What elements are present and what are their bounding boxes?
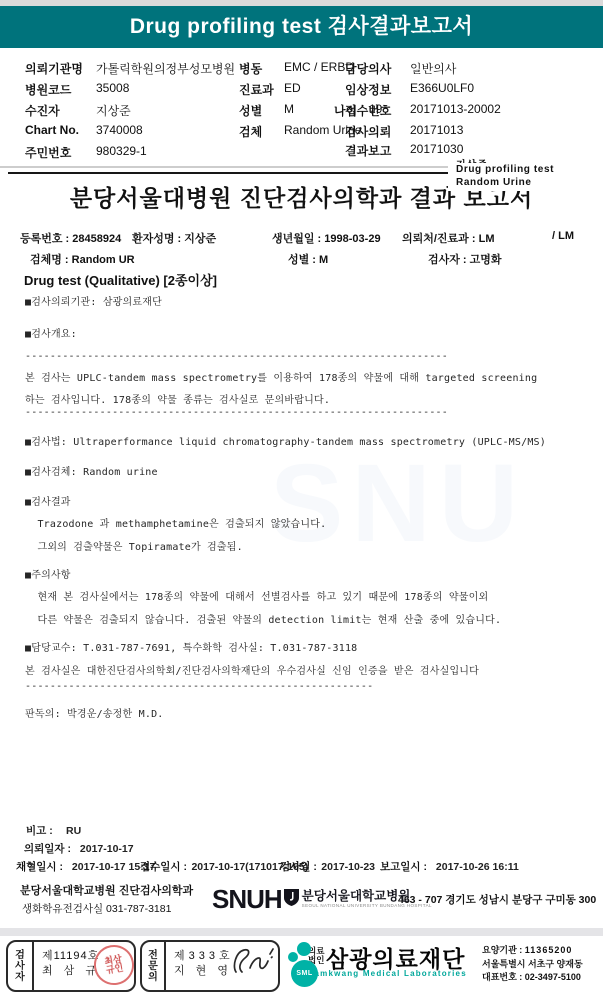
corner-patient-name: 지상준 — [456, 156, 603, 163]
tester-label: 검사자 : — [428, 254, 467, 266]
body-line: ■검사검체: Random urine — [25, 468, 585, 478]
report-body: ■검사의뢰기관: 삼광의료재단 ■검사개요: -----------------… — [25, 298, 585, 732]
specname-label: 검체명 : — [30, 254, 69, 266]
body-line: 그외의 검출약물은 Topiramate가 검출됨. — [25, 543, 585, 553]
drug-profiling-report-page: { "colors": { "header_teal": "#00737c", … — [0, 0, 603, 1000]
dashed-rule: ----------------------------------------… — [25, 352, 585, 362]
body-line: 본 검사실은 대한진단검사의학회/진단검사의학재단의 우수검사실 신임 인증을 … — [25, 667, 585, 677]
field-result-label: 결과보고 — [345, 144, 391, 158]
testdate-value: 2017-10-23 — [321, 861, 375, 873]
order-date-value: 2017-10-17 — [80, 843, 134, 855]
sml-logo-circle — [288, 952, 298, 962]
field-order-label: 검사의뢰 — [345, 125, 391, 139]
reg-label: 등록번호 : — [20, 233, 69, 245]
specname-value: Random UR — [72, 254, 135, 266]
field-ssn-value: 980329-1 — [96, 144, 147, 158]
body-line: 판독의: 박경운/송정한 M.D. — [25, 710, 585, 720]
psex-value: M — [319, 254, 328, 266]
sml-logo-circle: SML — [291, 960, 318, 987]
org-tel-label: 대표번호 : — [482, 972, 522, 982]
org-name-english: Samkwang Medical Laboratories — [308, 969, 467, 978]
reportdate-label: 보고일시 : — [380, 861, 427, 873]
field-ward-value: EMC / ERBD — [284, 60, 354, 74]
field-patient-value: 지상준 — [96, 104, 131, 118]
ref-value2: / LM — [552, 230, 574, 242]
org-tel-value: 02-3497-5100 — [525, 972, 581, 982]
field-dept-label: 진료과 — [239, 83, 274, 97]
field-org-label: 의뢰기관명 — [25, 62, 83, 76]
receive-label: 접수일시 : — [140, 861, 187, 873]
field-result-value: 20171030 — [410, 142, 463, 156]
tester-value: 고명화 — [470, 254, 502, 266]
specialist-cert-content: 제333호 지 현 영 — [166, 942, 278, 990]
field-ward-label: 병동 — [239, 62, 262, 76]
body-line: ■검사개요: — [25, 330, 585, 340]
field-sex-value: M — [284, 102, 294, 116]
examiner-role-cell: 검사자 — [8, 942, 34, 990]
field-chart-value: 3740008 — [96, 123, 143, 137]
snuh-hospital-name: 분당서울대학교병원 — [302, 889, 432, 903]
examiner-role: 검사자 — [15, 950, 26, 983]
field-ssn-label: 주민번호 — [25, 146, 71, 160]
sml-logo-text: SML — [296, 970, 312, 977]
ref-label: 의뢰처/진료과 : — [402, 233, 476, 245]
body-line: 현재 본 검사실에서는 178종의 약물에 대해서 선별검사를 하고 있기 때문… — [25, 593, 585, 603]
field-patient-label: 수진자 — [25, 104, 60, 118]
field-org: 의뢰기관명 — [25, 60, 83, 77]
body-line: Trazodone 과 methamphetamine은 검출되지 않았습니다. — [25, 520, 585, 530]
footer-divider-band — [0, 928, 603, 936]
care-org-value: 11365200 — [525, 945, 573, 955]
pname-label: 환자성명 : — [132, 233, 181, 245]
body-line: 하는 검사입니다. 178종의 약물 종류는 검사실로 문의바랍니다. — [25, 396, 585, 406]
body-line: ■주의사항 — [25, 571, 585, 581]
dashed-rule: ----------------------------------------… — [25, 682, 585, 692]
body-line: ■검사의뢰기관: 삼광의료재단 — [25, 298, 585, 308]
page-title: Drug profiling test 검사결과보고서 — [0, 6, 603, 48]
field-sex-label: 성별 — [239, 104, 262, 118]
snuh-logo-text: SNUH — [212, 886, 282, 912]
org-contact-block: 요양기관 : 11365200 서울특별시 서초구 양재동 대표번호 : 02-… — [482, 944, 583, 985]
note-value: RU — [66, 825, 81, 837]
corner-specimen: Random Urine — [456, 176, 603, 189]
field-chart-label: Chart No. — [25, 123, 79, 137]
footer-dept-line1: 분당서울대학교병원 진단검사의학과 — [20, 882, 193, 898]
specialist-role-cell: 전문의 — [142, 942, 166, 990]
reg-value: 28458924 — [72, 233, 121, 245]
body-line: ■검사법: Ultraperformance liquid chromatogr… — [25, 438, 585, 448]
snuh-logo: SNUH 분당서울대학교병원 SEOUL NATIONAL UNIVERSITY… — [212, 886, 432, 912]
field-recv-value: 20171013-20002 — [410, 102, 501, 116]
footer-dept-line2: 생화학유전검사실 031-787-3181 — [22, 901, 171, 916]
field-doctor-label: 담당의사 — [345, 62, 391, 76]
field-recv-label: 접수번호 — [345, 104, 391, 118]
order-date-label: 의뢰일자 : — [24, 843, 71, 855]
collect-label: 채혈일시 : — [16, 861, 63, 873]
ref-value: LM — [479, 233, 495, 245]
birth-value: 1998-03-29 — [324, 233, 380, 245]
examiner-cert-content: 제11194호 최 삼 규 최삼규인 — [34, 942, 134, 990]
field-org-value: 가톨릭학원의정부성모병원 — [96, 60, 235, 77]
psex-label: 성별 : — [288, 254, 316, 266]
specialist-cert-box: 전문의 제333호 지 현 영 — [140, 940, 280, 992]
field-doctor-value: 일반의사 — [410, 62, 456, 76]
field-hosp-value: 35008 — [96, 81, 129, 95]
snuh-hospital-caption: SEOUL NATIONAL UNIVERSITY BUNDANG HOSPIT… — [302, 903, 432, 908]
specialist-signature-icon — [230, 946, 276, 985]
sml-logo-circle — [297, 942, 311, 956]
examiner-cert-box: 검사자 제11194호 최 삼 규 최삼규인 — [6, 940, 136, 992]
snuh-shield-icon — [284, 888, 299, 911]
pname-value: 지상준 — [184, 233, 216, 245]
test-section-title: Drug test (Qualitative) [2종이상] — [24, 270, 217, 289]
birth-label: 생년월일 : — [272, 233, 321, 245]
field-hosp-label: 병원코드 — [25, 83, 71, 97]
testdate-label: 검사일 : — [280, 861, 317, 873]
field-clin-label: 임상정보 — [345, 83, 391, 97]
reportdate-value: 2017-10-26 16:11 — [436, 861, 519, 873]
care-org-label: 요양기관 : — [482, 945, 522, 955]
sml-logo: SML — [288, 942, 318, 997]
dashed-rule: ----------------------------------------… — [25, 408, 585, 418]
corner-label: 지상준 Drug profiling test Random Urine — [448, 156, 603, 191]
corner-test-name: Drug profiling test — [456, 163, 603, 176]
field-clin-value: E366U0LF0 — [410, 81, 474, 95]
field-spec-label: 검체 — [239, 125, 262, 139]
field-order-value: 20171013 — [410, 123, 463, 137]
body-line: 다른 약물은 검출되지 않습니다. 검출된 약물의 detection limi… — [25, 616, 585, 626]
body-line: ■담당교수: T.031-787-7691, 특수화학 검사실: T.031-7… — [25, 644, 585, 654]
body-line: ■검사결과 — [25, 498, 585, 508]
field-dept-value: ED — [284, 81, 301, 95]
note-label: 비고 : — [26, 825, 53, 837]
org-address: 서울특별시 서초구 양재동 — [482, 958, 583, 972]
body-line: 본 검사는 UPLC-tandem mass spectrometry를 이용하… — [25, 374, 585, 384]
specialist-role: 전문의 — [148, 950, 159, 983]
